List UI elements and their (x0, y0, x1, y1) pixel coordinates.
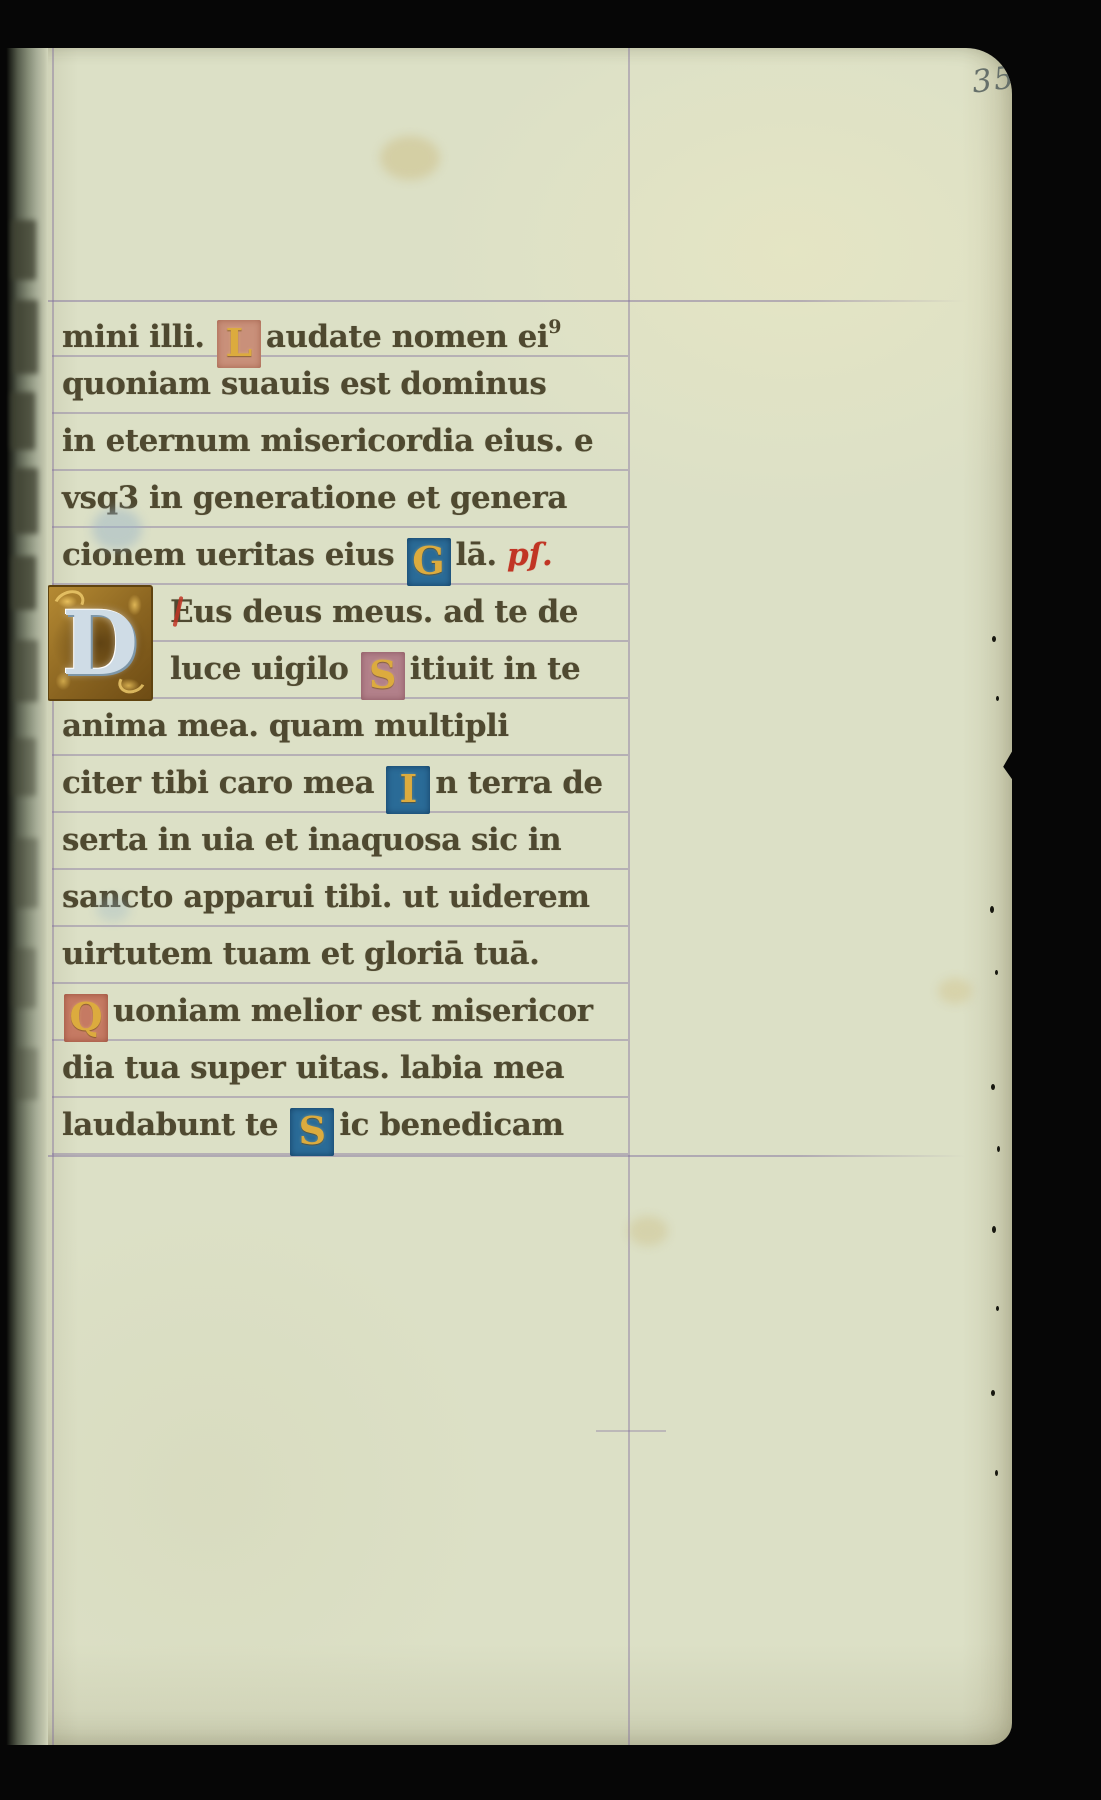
line-text: mini illi. (62, 319, 215, 355)
line-text: laudabunt te (62, 1107, 288, 1143)
edge-speck (990, 906, 994, 913)
foxing-spot (938, 978, 972, 1004)
vellum-page: 35 mini illi. Laudate nomen ei9quoniam s… (8, 48, 1012, 1745)
line-text: anima mea. quam multipli (62, 708, 509, 744)
bleedthrough-text-mark (12, 948, 36, 1008)
lower-ruling-tick (596, 1430, 666, 1432)
manuscript-line: sancto apparui tibi. ut uiderem (52, 870, 628, 927)
rubric-psalm-mark: pſ. (507, 537, 553, 573)
folio-number: 35 (970, 59, 1012, 100)
line-text: Eus deus meus. ad te de (170, 594, 578, 630)
abbreviation-mark: 9 (548, 316, 561, 338)
gutter-page-edges (6, 48, 48, 1745)
line-text: lā. (456, 537, 507, 573)
foxing-spot (380, 136, 440, 180)
illuminated-drop-initial-D: D (47, 585, 153, 701)
edge-speck (996, 696, 999, 701)
pigment-smudge (96, 896, 130, 922)
manuscript-line: mini illi. Laudate nomen ei9 (52, 300, 628, 357)
foxing-spot (628, 1216, 668, 1246)
inline-initial-S: S (361, 652, 405, 700)
line-text: ic benedicam (339, 1107, 563, 1143)
line-text: n terra de (435, 765, 602, 801)
bottom-ruling-line (26, 1155, 966, 1157)
inline-initial-I: I (386, 766, 430, 814)
line-text: luce uigilo (170, 651, 359, 687)
line-text: serta in uia et inaquosa sic in (62, 822, 561, 858)
edge-speck (991, 1390, 995, 1396)
right-margin-rule (628, 48, 630, 1745)
bleedthrough-text-mark (12, 556, 36, 610)
bleedthrough-text-mark (14, 468, 38, 534)
manuscript-line: Quoniam melior est misericor (52, 984, 628, 1041)
bleedthrough-text-mark (14, 640, 38, 702)
edge-speck (995, 1470, 998, 1476)
inline-initial-G: G (407, 538, 451, 586)
line-text: dia tua super uitas. labia mea (62, 1050, 564, 1086)
manuscript-line: uirtutem tuam et gloriā tuā. (52, 927, 628, 984)
manuscript-line: quoniam suauis est dominus (52, 357, 628, 414)
manuscript-line: in eternum misericordia eius. e (52, 414, 628, 471)
inline-initial-S: S (290, 1108, 334, 1156)
line-text: in eternum misericordia eius. e (62, 423, 593, 459)
line-text: uoniam melior est misericor (113, 993, 593, 1029)
manuscript-line: serta in uia et inaquosa sic in (52, 813, 628, 870)
line-text: itiuit in te (410, 651, 580, 687)
bleedthrough-text-mark (14, 838, 38, 908)
line-text: quoniam suauis est dominus (62, 366, 546, 402)
manuscript-line: laudabunt te Sic benedicam (52, 1098, 628, 1155)
manuscript-line: citer tibi caro mea In terra de (52, 756, 628, 813)
bleedthrough-text-mark (14, 300, 38, 374)
manuscript-line: dia tua super uitas. labia mea (52, 1041, 628, 1098)
edge-speck (997, 1146, 1000, 1152)
line-text: citer tibi caro mea (62, 765, 384, 801)
bleedthrough-text-mark (12, 220, 36, 280)
bleedthrough-text-mark (12, 738, 36, 796)
edge-speck (996, 1306, 999, 1311)
line-text: audate nomen ei (266, 319, 548, 355)
edge-speck (991, 1084, 995, 1090)
pigment-smudge (92, 508, 142, 550)
edge-speck (992, 636, 996, 642)
line-text: vsq3 in generatione et genera (62, 480, 567, 516)
line-text: uirtutem tuam et gloriā tuā. (62, 936, 539, 972)
bleedthrough-text-mark (11, 392, 35, 450)
edge-notch (1002, 748, 1012, 782)
bleedthrough-text-mark (14, 1048, 38, 1100)
photograph-of-manuscript: 35 mini illi. Laudate nomen ei9quoniam s… (0, 0, 1101, 1800)
text-block: mini illi. Laudate nomen ei9quoniam suau… (52, 300, 628, 1155)
edge-speck (992, 1226, 996, 1233)
manuscript-line: anima mea. quam multipli (52, 699, 628, 756)
inline-initial-Q: Q (64, 994, 108, 1042)
edge-speck (995, 970, 998, 975)
line-text: sancto apparui tibi. ut uiderem (62, 879, 590, 915)
